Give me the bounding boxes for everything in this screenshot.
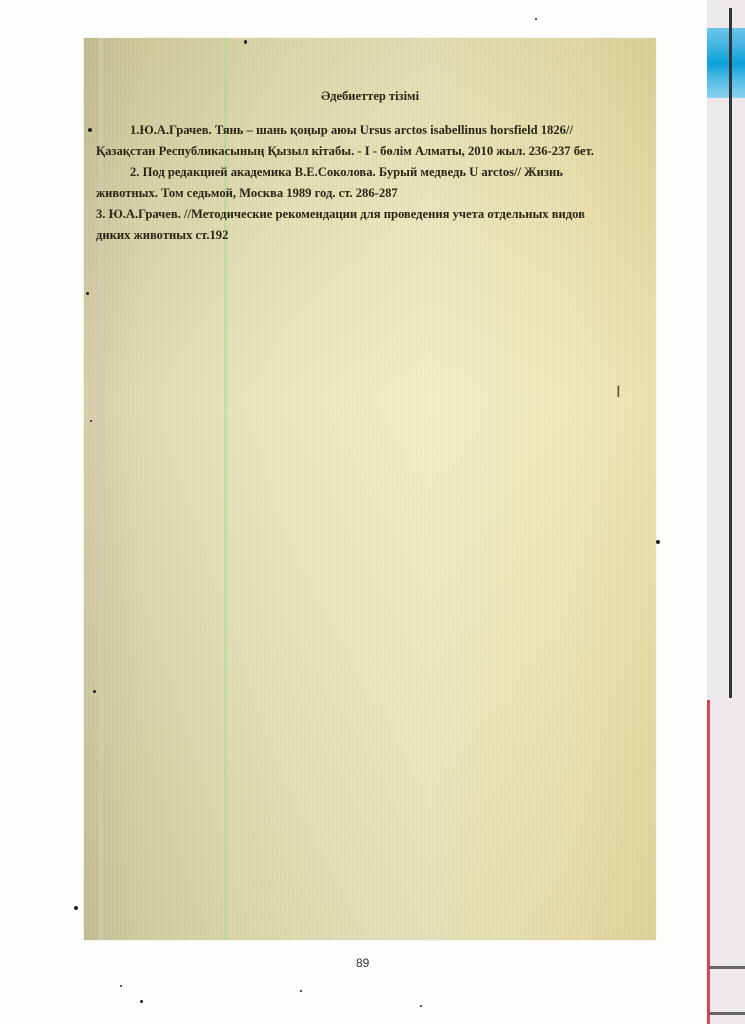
scan-speck xyxy=(535,18,537,20)
binder-edge xyxy=(707,0,745,1024)
scan-speck xyxy=(300,990,302,992)
bibliography-entry-3: 3. Ю.А.Грачев. //Методические рекомендац… xyxy=(96,204,626,246)
scan-speck xyxy=(656,540,660,544)
scan-speck xyxy=(244,40,247,44)
page-number: 89 xyxy=(356,956,369,970)
scan-speck xyxy=(74,906,78,910)
bibliography-entry-2: 2. Под редакцией академика В.Е.Соколова.… xyxy=(96,162,626,204)
photographed-screen: Әдебиеттер тізімі 1.Ю.А.Грачев. Тянь – ш… xyxy=(84,38,656,940)
entry-line: 1.Ю.А.Грачев. Тянь – шань қоңыр аюы Ursu… xyxy=(96,120,626,141)
binder-mark xyxy=(710,1012,745,1015)
binder-line xyxy=(729,8,732,698)
scan-speck xyxy=(86,292,89,295)
bibliography-entry-1: 1.Ю.А.Грачев. Тянь – шань қоңыр аюы Ursu… xyxy=(96,120,626,162)
entry-line: 3. Ю.А.Грачев. //Методические рекомендац… xyxy=(96,204,626,225)
scan-speck xyxy=(140,1000,143,1003)
text-cursor-icon: I xyxy=(616,383,624,401)
binder-red-line xyxy=(707,700,710,1024)
bibliography-title: Әдебиеттер тізімі xyxy=(84,86,656,107)
binder-tab xyxy=(707,28,745,98)
entry-line: диких животных ст.192 xyxy=(96,225,626,246)
binder-mark xyxy=(710,966,745,969)
scan-speck xyxy=(420,1005,422,1007)
entry-line: 2. Под редакцией академика В.Е.Соколова.… xyxy=(96,162,626,183)
entry-line: животных. Том седьмой, Москва 1989 год. … xyxy=(96,183,626,204)
scan-speck xyxy=(90,420,92,422)
scanned-page: Әдебиеттер тізімі 1.Ю.А.Грачев. Тянь – ш… xyxy=(0,0,745,1024)
entry-line: Қазақстан Республикасының Қызыл кітабы. … xyxy=(96,141,626,162)
scan-speck xyxy=(88,128,92,132)
scan-speck xyxy=(93,690,96,693)
scan-speck xyxy=(120,985,122,987)
